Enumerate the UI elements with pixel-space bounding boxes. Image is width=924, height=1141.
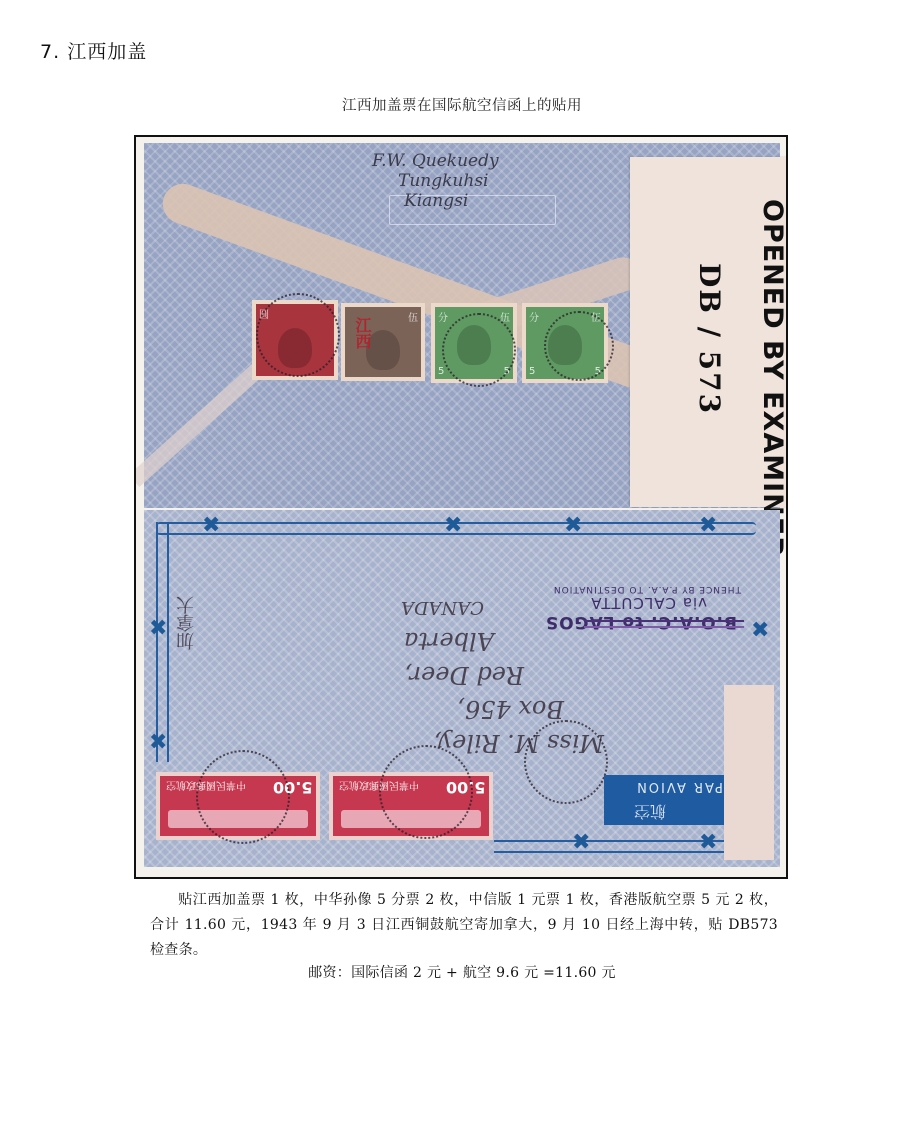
section-title-text: 江西加盖	[67, 41, 147, 63]
section-number: 7.	[40, 41, 60, 63]
envelope-back: F.W. Quekuedy Tungkuhsi Kiangsi 圓 伍 江西 分…	[144, 143, 780, 508]
stamp-chung-hsin-overprint: 伍 江西	[341, 303, 425, 381]
cover-photo: F.W. Quekuedy Tungkuhsi Kiangsi 圓 伍 江西 分…	[134, 135, 788, 879]
postage-calculation: 邮资：国际信函 2 元 + 航空 9.6 元 =11.60 元	[0, 962, 924, 982]
chinese-handwriting: 加拿大	[174, 570, 244, 650]
cross-ornament-icon: ✖	[444, 515, 462, 537]
censor-label-line1: OPENED BY EXAMINER	[748, 199, 788, 549]
postmark	[442, 313, 516, 387]
censor-label: OPENED BY EXAMINER DB / 573	[630, 157, 788, 507]
section-heading: 7. 江西加盖	[40, 37, 147, 64]
censor-strip	[724, 685, 774, 860]
cross-ornament-icon: ✖	[149, 732, 167, 754]
postmark	[524, 720, 608, 804]
envelope-front: ✖ ✖ ✖ ✖ ✖ ✖ ✖ ✖ ✖ B.O.A.C. to LAGOS via …	[144, 510, 780, 867]
cross-ornament-icon: ✖	[751, 620, 769, 642]
cross-ornament-icon: ✖	[572, 832, 590, 854]
postmark	[196, 750, 290, 844]
cross-ornament-icon: ✖	[149, 618, 167, 640]
postmark	[379, 745, 473, 839]
airmail-border	[156, 522, 169, 762]
description-paragraph: 贴江西加盖票 1 枚，中华孙像 5 分票 2 枚，中信版 1 元票 1 枚，香港…	[150, 888, 778, 963]
postmark	[256, 293, 340, 377]
cross-ornament-icon: ✖	[699, 832, 717, 854]
sender-handwriting: F.W. Quekuedy Tungkuhsi Kiangsi	[372, 151, 499, 211]
cross-ornament-icon: ✖	[202, 515, 220, 537]
figure-caption: 江西加盖票在国际航空信函上的贴用	[0, 94, 924, 115]
routing-underline	[584, 620, 744, 628]
airmail-border	[494, 840, 724, 853]
postmark	[544, 311, 614, 381]
